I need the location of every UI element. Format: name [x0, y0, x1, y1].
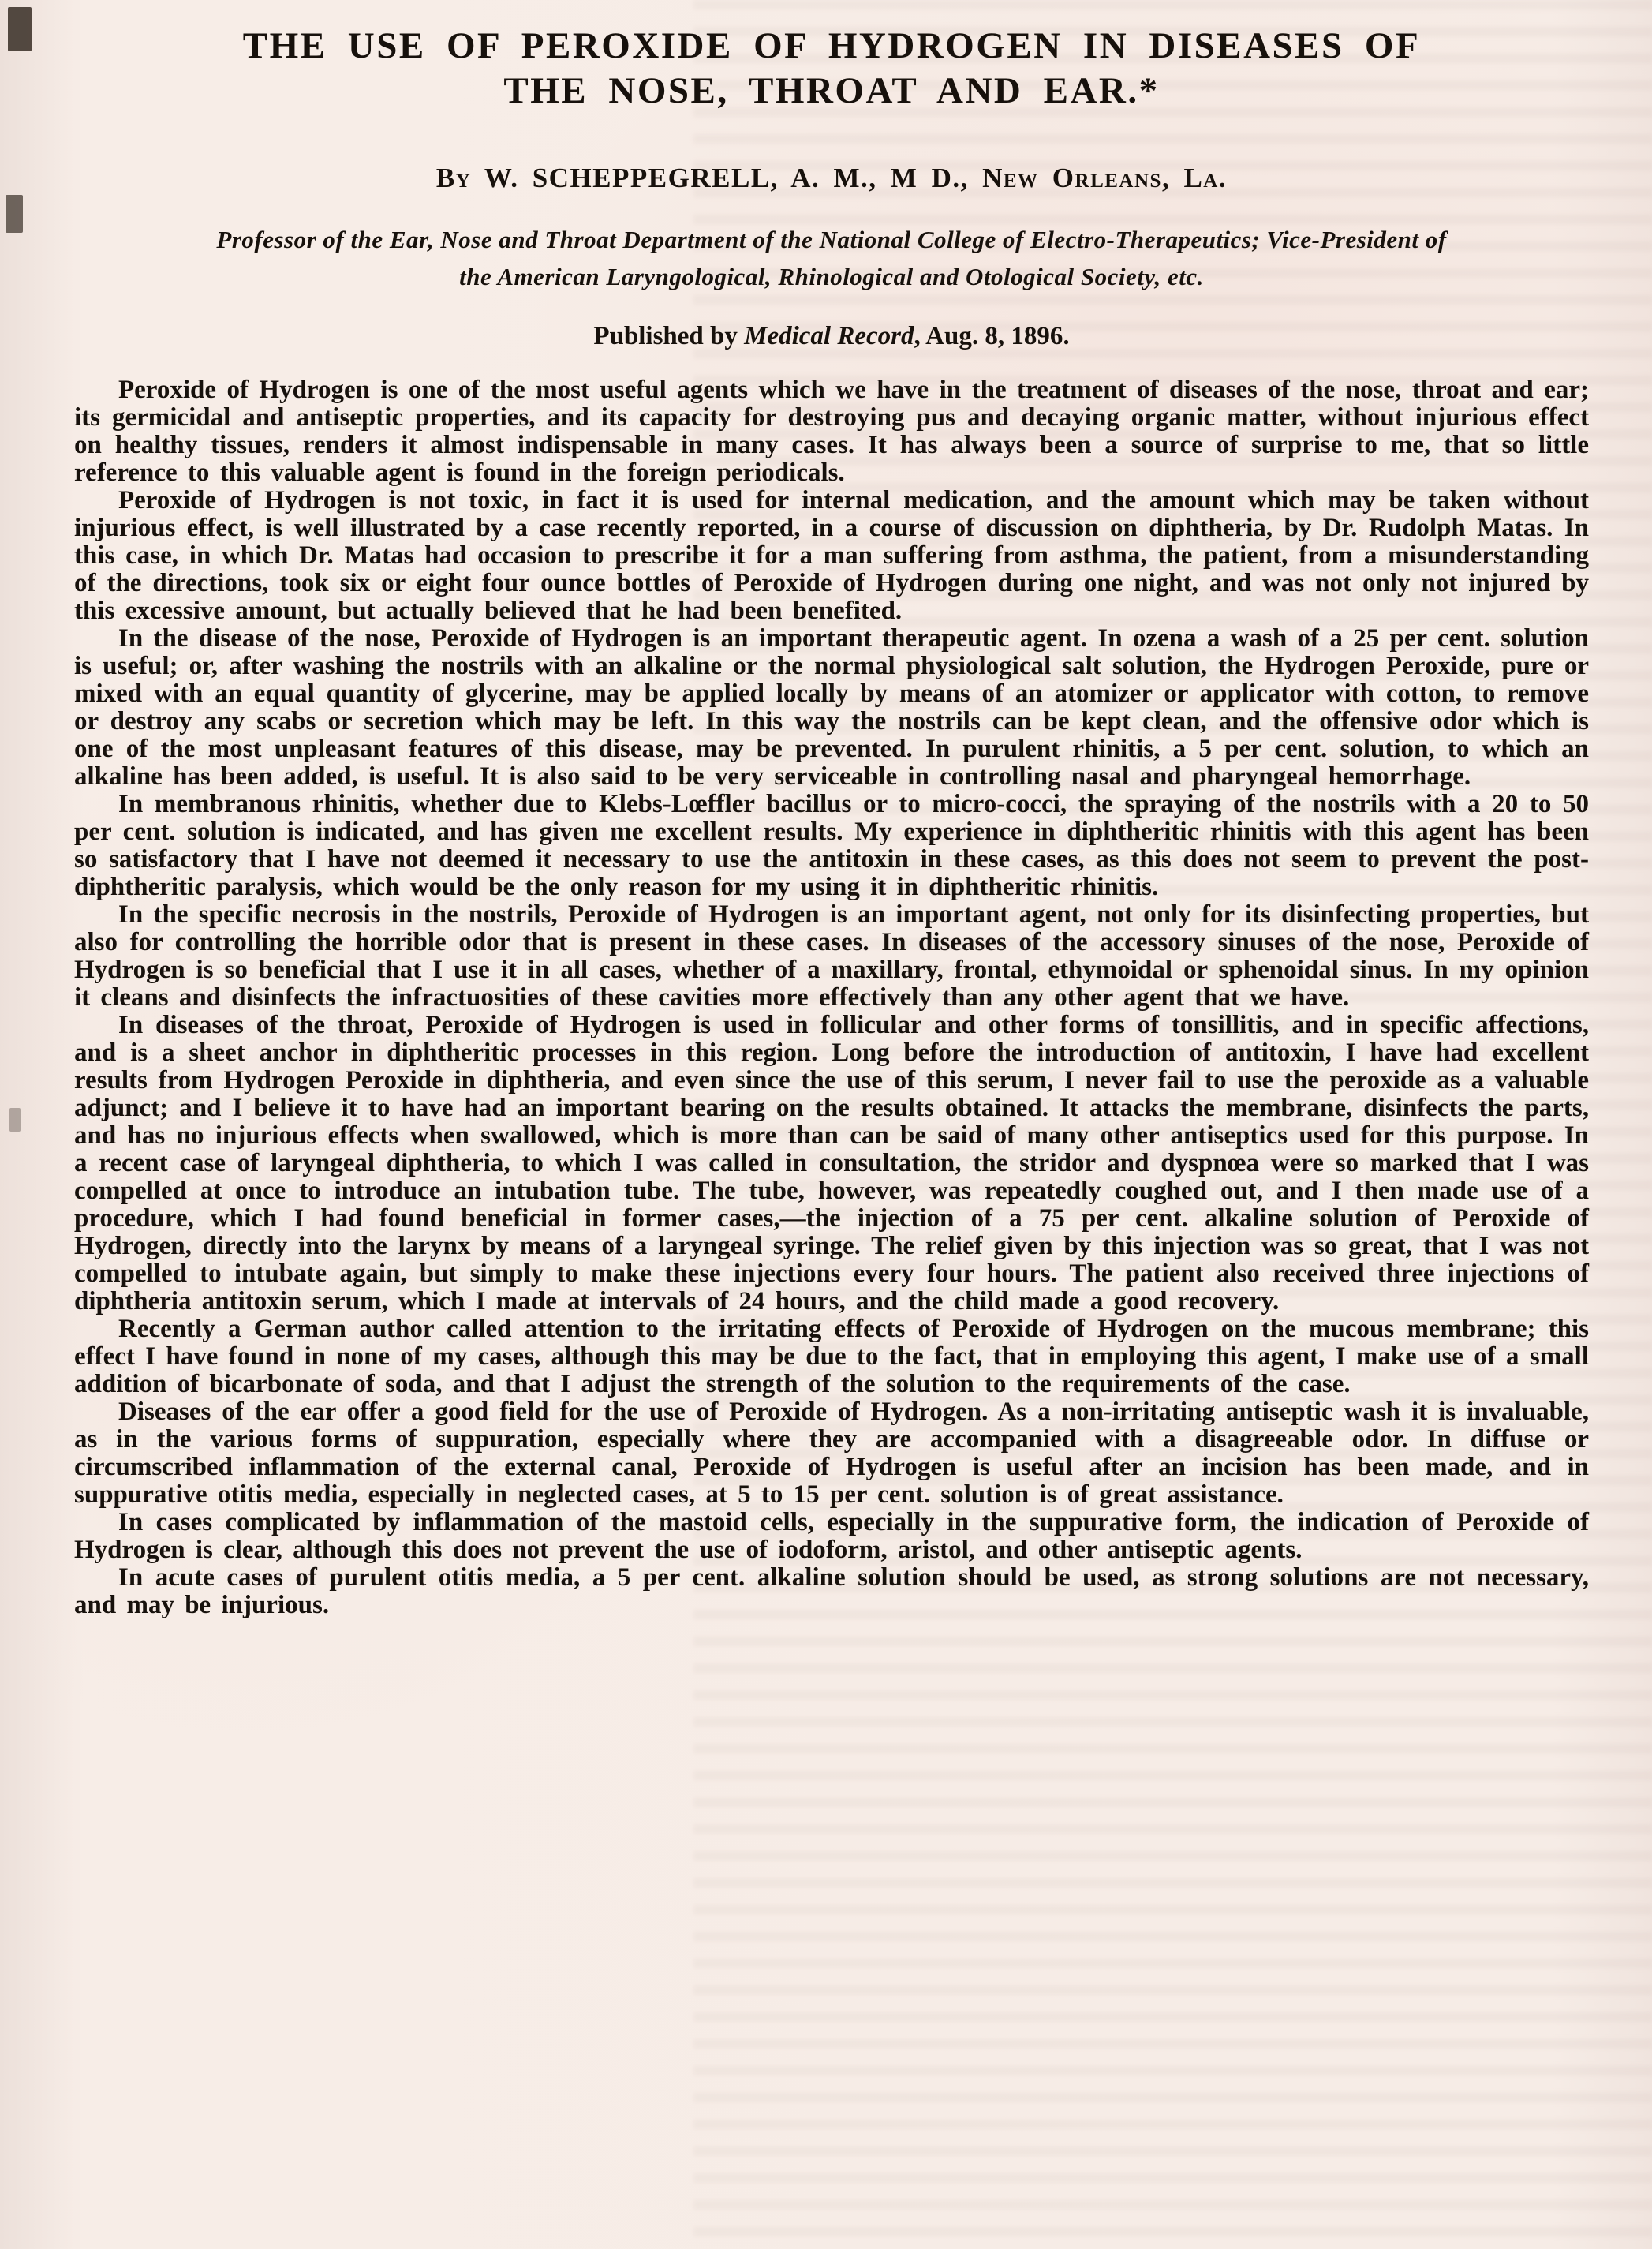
paragraph-6: In diseases of the throat, Peroxide of H… [74, 1012, 1589, 1315]
article-title: THE USE OF PEROXIDE OF HYDROGEN IN DISEA… [74, 24, 1589, 114]
paragraph-2: Peroxide of Hydrogen is not toxic, in fa… [74, 487, 1589, 625]
paragraph-7: Recently a German author called attentio… [74, 1315, 1589, 1398]
paragraph-1: Peroxide of Hydrogen is one of the most … [74, 376, 1589, 487]
article-title-line1: THE USE OF PEROXIDE OF HYDROGEN IN DISEA… [74, 24, 1589, 69]
article-content: THE USE OF PEROXIDE OF HYDROGEN IN DISEA… [0, 0, 1652, 1619]
byline: By W. SCHEPPEGRELL, A. M., M D., New Orl… [74, 163, 1589, 194]
article-body: Peroxide of Hydrogen is one of the most … [74, 376, 1589, 1619]
paragraph-9: In cases complicated by inflammation of … [74, 1509, 1589, 1564]
paragraph-8: Diseases of the ear offer a good field f… [74, 1398, 1589, 1509]
article-title-line2: THE NOSE, THROAT AND EAR.* [74, 69, 1589, 114]
paragraph-5: In the specific necrosis in the nostrils… [74, 901, 1589, 1012]
publication-line: Published by Medical Record, Aug. 8, 189… [74, 322, 1589, 351]
scanned-article-page: THE USE OF PEROXIDE OF HYDROGEN IN DISEA… [0, 0, 1652, 2249]
paragraph-4: In membranous rhinitis, whether due to K… [74, 791, 1589, 901]
publication-prefix: Published by [593, 322, 744, 350]
paragraph-3: In the disease of the nose, Peroxide of … [74, 625, 1589, 791]
author-affiliation: Professor of the Ear, Nose and Throat De… [200, 221, 1463, 295]
paragraph-10: In acute cases of purulent otitis media,… [74, 1564, 1589, 1619]
publication-date: , Aug. 8, 1896. [914, 322, 1070, 350]
journal-name: Medical Record [744, 322, 914, 350]
